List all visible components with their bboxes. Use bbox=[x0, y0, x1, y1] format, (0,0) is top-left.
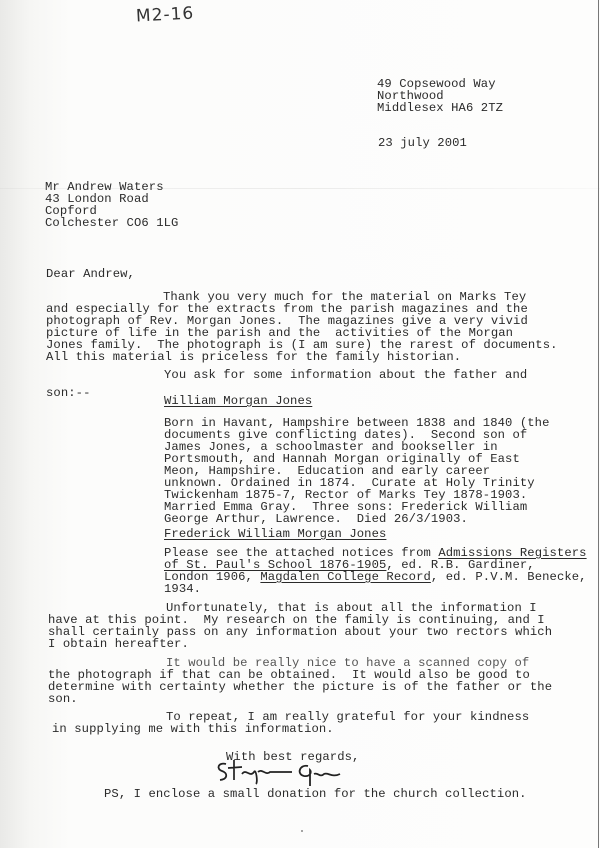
recipient-address-line: Colchester CO6 1LG bbox=[45, 217, 178, 230]
body-line: determine with certainty whether the pic… bbox=[48, 681, 552, 694]
handwritten-signature bbox=[210, 756, 360, 786]
handwritten-annotation: M2-16 bbox=[136, 3, 195, 26]
sender-address-line: Middlesex HA6 2TZ bbox=[377, 102, 503, 115]
citation-title: Magdalen College Record bbox=[260, 570, 431, 584]
section-line: London 1906, Magdalen College Record, ed… bbox=[164, 571, 587, 584]
body-line: I obtain hereafter. bbox=[48, 638, 189, 651]
postscript: PS, I enclose a small donation for the c… bbox=[104, 788, 527, 801]
body-line: son:-- bbox=[46, 387, 90, 400]
letter-date: 23 july 2001 bbox=[378, 137, 467, 150]
body-line: son. bbox=[48, 693, 78, 706]
body-line: All this material is priceless for the f… bbox=[46, 351, 461, 364]
page-edge bbox=[598, 0, 599, 848]
section-heading: William Morgan Jones bbox=[164, 395, 312, 408]
body-line: in supplying me with this information. bbox=[52, 723, 334, 736]
section-line: George Arthur, Lawrence. Died 26/3/1903. bbox=[164, 513, 468, 526]
speck bbox=[301, 830, 303, 832]
body-line: You ask for some information about the f… bbox=[164, 369, 527, 382]
salutation: Dear Andrew, bbox=[46, 268, 135, 281]
section-line: 1934. bbox=[164, 583, 201, 596]
section-heading: Frederick William Morgan Jones bbox=[164, 528, 386, 541]
